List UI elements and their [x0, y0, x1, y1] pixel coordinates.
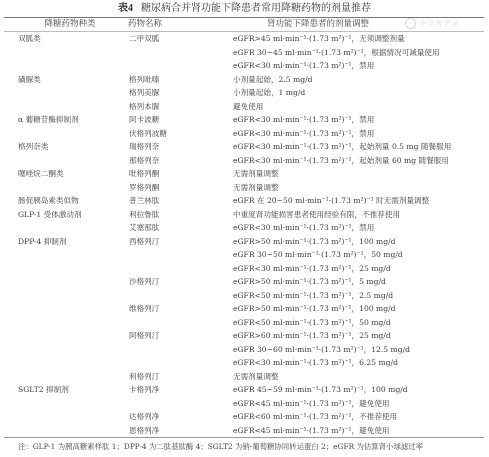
cell-drug: 普兰林肽: [129, 194, 159, 208]
table-row: 恩格列净eGFR<45 ml·min⁻¹·(1.73 m²)⁻¹，避免使用: [0, 424, 489, 438]
watermark: 中华医学会: [405, 18, 459, 29]
table-row: 双胍类二甲双胍eGFR>45 ml·min⁻¹·(1.73 m²)⁻¹，无须调整…: [0, 32, 489, 46]
cell-category: 格列奈类: [18, 140, 48, 154]
bottom-rule: [4, 437, 484, 438]
header-drug: 药物名称: [128, 18, 168, 31]
cell-drug: 格列美脲: [129, 86, 159, 100]
cell-adjustment: eGFR 30~50 ml·min⁻¹·(1.73 m²)⁻¹，50 mg/d: [233, 248, 403, 262]
table-row: GLP-1 受体激动剂利拉鲁肽中重度肾功能损害患者使用经验有限，不推荐使用: [0, 208, 489, 222]
cell-drug: 卡格列净: [129, 383, 159, 397]
table-footnote: 注：GLP-1 为胰高糖素样肽 1；DPP-4 为二肽基肽酶 4；SGLT2 为…: [18, 441, 423, 453]
cell-adjustment: eGFR<30 ml·min⁻¹·(1.73 m²)⁻¹，6.25 mg/d: [233, 356, 398, 370]
cell-adjustment: eGFR<30 ml·min⁻¹·(1.73 m²)⁻¹，禁用: [233, 127, 374, 141]
table-row: 那格列奈eGFR<30 ml·min⁻¹·(1.73 m²)⁻¹，起始剂量 60…: [0, 154, 489, 168]
table-row: 艾塞那肽eGFR<30 ml·min⁻¹·(1.73 m²)⁻¹，禁用: [0, 221, 489, 235]
cell-drug: 罗格列酮: [129, 181, 159, 195]
cell-adjustment: 小剂量起始，1 mg/d: [233, 86, 305, 100]
cell-adjustment: eGFR 30~45 ml·min⁻¹·(1.73 m²)⁻¹，根据情况可减量使…: [233, 46, 440, 60]
table-row: 维格列汀eGFR>50 ml·min⁻¹·(1.73 m²)⁻¹，100 mg/…: [0, 302, 489, 316]
cell-adjustment: eGFR<30 ml·min⁻¹·(1.73 m²)⁻¹，起始剂量 60 mg …: [233, 154, 449, 168]
cell-category: DPP-4 抑制剂: [18, 235, 66, 249]
cell-category: 噻唑烷二酮类: [18, 167, 64, 181]
cell-adjustment: 避免使用: [233, 100, 263, 114]
cell-drug: 阿格列汀: [129, 329, 159, 343]
cell-adjustment: eGFR<50 ml·min⁻¹·(1.73 m²)⁻¹，2.5 mg/d: [233, 289, 393, 303]
cell-adjustment: eGFR<30 ml·min⁻¹·(1.73 m²)⁻¹，禁用: [233, 113, 374, 127]
table-row: SGLT2 抑制剂卡格列净eGFR 45~59 ml·min⁻¹·(1.73 m…: [0, 383, 489, 397]
table-row: 格列美脲小剂量起始，1 mg/d: [0, 86, 489, 100]
cell-adjustment: eGFR 30~60 ml·min⁻¹·(1.73 m²)⁻¹，12.5 mg/…: [233, 343, 410, 357]
cell-adjustment: eGFR<30 ml·min⁻¹·(1.73 m²)⁻¹，禁用: [233, 221, 374, 235]
cell-adjustment: eGFR>45 ml·min⁻¹·(1.73 m²)⁻¹，无须调整剂量: [233, 32, 405, 46]
table-row: 利格列汀无需剂量调整: [0, 370, 489, 384]
cell-drug: 沙格列汀: [129, 275, 159, 289]
cell-category: GLP-1 受体激动剂: [18, 208, 82, 222]
cell-adjustment: eGFR>50 ml·min⁻¹·(1.73 m²)⁻¹，5 mg/d: [233, 275, 386, 289]
seal-icon: [405, 18, 416, 29]
header-adjustment: 肾功能下降患者的剂量调整: [233, 18, 403, 31]
cell-adjustment: eGFR<30 ml·min⁻¹·(1.73 m²)⁻¹，起始剂量 0.5 mg…: [233, 140, 451, 154]
cell-drug: 瑞格列奈: [129, 140, 159, 154]
cell-drug: 伏格列波糖: [129, 127, 167, 141]
table-row: 肠促胰岛素类似物普兰林肽eGFR 在 20~50 ml·min⁻¹·(1.73 …: [0, 194, 489, 208]
cell-category: SGLT2 抑制剂: [18, 383, 69, 397]
table-row: eGFR<50 ml·min⁻¹·(1.73 m²)⁻¹，50 mg/d: [0, 316, 489, 330]
table-caption: 表4糖尿病合并肾功能下降患者常用降糖药物的剂量推荐: [0, 3, 489, 15]
cell-drug: 那格列奈: [129, 154, 159, 168]
table-row: 伏格列波糖eGFR<30 ml·min⁻¹·(1.73 m²)⁻¹，禁用: [0, 127, 489, 141]
table-row: eGFR<30 ml·min⁻¹·(1.73 m²)⁻¹，禁用: [0, 59, 489, 73]
table-title: 糖尿病合并肾功能下降患者常用降糖药物的剂量推荐: [141, 3, 371, 14]
cell-adjustment: eGFR<30 ml·min⁻¹·(1.73 m²)⁻¹，25 mg/d: [233, 262, 391, 276]
cell-adjustment: eGFR<60 ml·min⁻¹·(1.73 m²)⁻¹，不推荐使用: [233, 410, 397, 424]
table-body: 双胍类二甲双胍eGFR>45 ml·min⁻¹·(1.73 m²)⁻¹，无须调整…: [0, 32, 489, 437]
cell-adjustment: eGFR 45~59 ml·min⁻¹·(1.73 m²)⁻¹，100 mg/d: [233, 383, 408, 397]
table-row: 磺脲类格列吡嗪小剂量起始，2.5 mg/d: [0, 73, 489, 87]
cell-adjustment: eGFR>60 ml·min⁻¹·(1.73 m²)⁻¹，25 mg/d: [233, 329, 391, 343]
cell-drug: 恩格列净: [129, 424, 159, 438]
cell-adjustment: eGFR<30 ml·min⁻¹·(1.73 m²)⁻¹，禁用: [233, 59, 374, 73]
cell-adjustment: eGFR>50 ml·min⁻¹·(1.73 m²)⁻¹，100 mg/d: [233, 235, 396, 249]
table-row: 罗格列酮无需剂量调整: [0, 181, 489, 195]
cell-adjustment: eGFR>50 ml·min⁻¹·(1.73 m²)⁻¹，100 mg/d: [233, 302, 396, 316]
cell-category: 双胍类: [18, 32, 41, 46]
cell-adjustment: 中重度肾功能损害患者使用经验有限，不推荐使用: [233, 208, 400, 222]
header-category: 降糖药物种类: [30, 18, 110, 31]
table-row: DPP-4 抑制剂西格列汀eGFR>50 ml·min⁻¹·(1.73 m²)⁻…: [0, 235, 489, 249]
table-row: 格列奈类瑞格列奈eGFR<30 ml·min⁻¹·(1.73 m²)⁻¹，起始剂…: [0, 140, 489, 154]
cell-adjustment: eGFR<50 ml·min⁻¹·(1.73 m²)⁻¹，50 mg/d: [233, 316, 391, 330]
table-row: eGFR<30 ml·min⁻¹·(1.73 m²)⁻¹，6.25 mg/d: [0, 356, 489, 370]
cell-drug: 阿卡波糖: [129, 113, 159, 127]
table-number: 表4: [118, 3, 133, 14]
cell-adjustment: 无需剂量调整: [233, 370, 279, 384]
cell-adjustment: eGFR<45 ml·min⁻¹·(1.73 m²)⁻¹，避免使用: [233, 424, 390, 438]
cell-category: α 葡糖苷酶抑制剂: [18, 113, 79, 127]
table-row: eGFR 30~50 ml·min⁻¹·(1.73 m²)⁻¹，50 mg/d: [0, 248, 489, 262]
table-row: eGFR<30 ml·min⁻¹·(1.73 m²)⁻¹，25 mg/d: [0, 262, 489, 276]
cell-drug: 维格列汀: [129, 302, 159, 316]
cell-drug: 艾塞那肽: [129, 221, 159, 235]
table-row: eGFR<50 ml·min⁻¹·(1.73 m²)⁻¹，2.5 mg/d: [0, 289, 489, 303]
watermark-text: 中华医学会: [419, 20, 459, 28]
cell-adjustment: 无需剂量调整: [233, 181, 279, 195]
cell-adjustment: 无需剂量调整: [233, 167, 279, 181]
table-row: 沙格列汀eGFR>50 ml·min⁻¹·(1.73 m²)⁻¹，5 mg/d: [0, 275, 489, 289]
cell-adjustment: eGFR 在 20~50 ml·min⁻¹·(1.73 m²)⁻¹ 时无需剂量调…: [233, 194, 429, 208]
table-row: eGFR 30~60 ml·min⁻¹·(1.73 m²)⁻¹，12.5 mg/…: [0, 343, 489, 357]
table-row: 达格列净eGFR<60 ml·min⁻¹·(1.73 m²)⁻¹，不推荐使用: [0, 410, 489, 424]
cell-drug: 利格列汀: [129, 370, 159, 384]
cell-adjustment: 小剂量起始，2.5 mg/d: [233, 73, 313, 87]
cell-drug: 利拉鲁肽: [129, 208, 159, 222]
table-row: 噻唑烷二酮类吡格列酮无需剂量调整: [0, 167, 489, 181]
cell-drug: 格列吡嗪: [129, 73, 159, 87]
table-row: 阿格列汀eGFR>60 ml·min⁻¹·(1.73 m²)⁻¹，25 mg/d: [0, 329, 489, 343]
cell-drug: 二甲双胍: [129, 32, 159, 46]
cell-drug: 达格列净: [129, 410, 159, 424]
cell-adjustment: eGFR<45 ml·min⁻¹·(1.73 m²)⁻¹，避免使用: [233, 397, 390, 411]
cell-drug: 西格列汀: [129, 235, 159, 249]
cell-drug: 吡格列酮: [129, 167, 159, 181]
table-row: eGFR<45 ml·min⁻¹·(1.73 m²)⁻¹，避免使用: [0, 397, 489, 411]
cell-category: 肠促胰岛素类似物: [18, 194, 79, 208]
cell-category: 磺脲类: [18, 73, 41, 87]
table-row: α 葡糖苷酶抑制剂阿卡波糖eGFR<30 ml·min⁻¹·(1.73 m²)⁻…: [0, 113, 489, 127]
table-row: eGFR 30~45 ml·min⁻¹·(1.73 m²)⁻¹，根据情况可减量使…: [0, 46, 489, 60]
cell-drug: 格列本脲: [129, 100, 159, 114]
table-row: 格列本脲避免使用: [0, 100, 489, 114]
